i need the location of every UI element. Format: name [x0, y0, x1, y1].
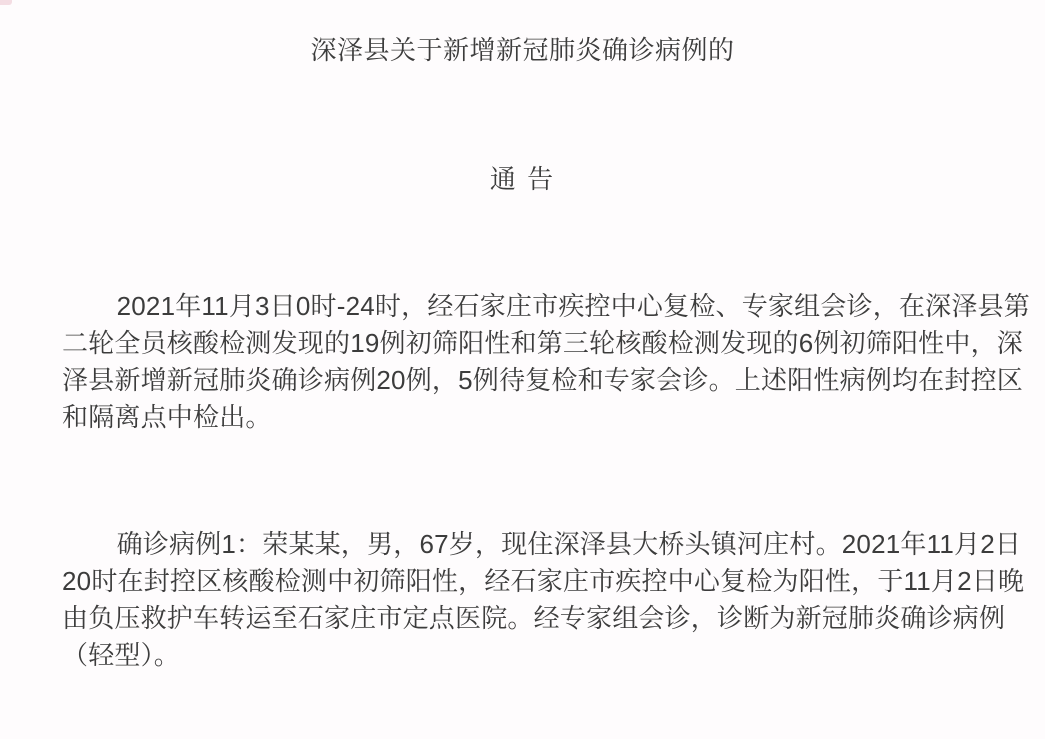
paragraph-case-1: 确诊病例1：荣某某，男，67岁，现住深泽县大桥头镇河庄村。2021年11月2日 … [62, 526, 982, 674]
corner-artifact [0, 0, 12, 5]
document-title: 深泽县关于新增新冠肺炎确诊病例的 [0, 32, 1045, 68]
paragraph-line: 确诊病例1：荣某某，男，67岁，现住深泽县大桥头镇河庄村。2021年11月2日 [62, 526, 982, 563]
notice-document-page: 深泽县关于新增新冠肺炎确诊病例的 通 告 2021年11月3日0时-24时，经石… [0, 0, 1045, 739]
paragraph-line: 2021年11月3日0时-24时，经石家庄市疾控中心复检、专家组会诊，在深泽县第 [62, 288, 982, 325]
document-subtitle: 通 告 [0, 161, 1045, 197]
paragraph-line: 泽县新增新冠肺炎确诊病例20例，5例待复检和专家会诊。上述阳性病例均在封控区 [62, 362, 982, 399]
paragraph-line: 和隔离点中检出。 [62, 399, 982, 436]
paragraph-line: （轻型）。 [62, 637, 982, 674]
paragraph-line: 二轮全员核酸检测发现的19例初筛阳性和第三轮核酸检测发现的6例初筛阳性中，深 [62, 325, 982, 362]
paragraph-line: 20时在封控区核酸检测中初筛阳性，经石家庄市疾控中心复检为阳性，于11月2日晚 [62, 563, 982, 600]
paragraph-line: 由负压救护车转运至石家庄市定点医院。经专家组会诊，诊断为新冠肺炎确诊病例 [62, 600, 982, 637]
paragraph-summary: 2021年11月3日0时-24时，经石家庄市疾控中心复检、专家组会诊，在深泽县第… [62, 288, 982, 436]
